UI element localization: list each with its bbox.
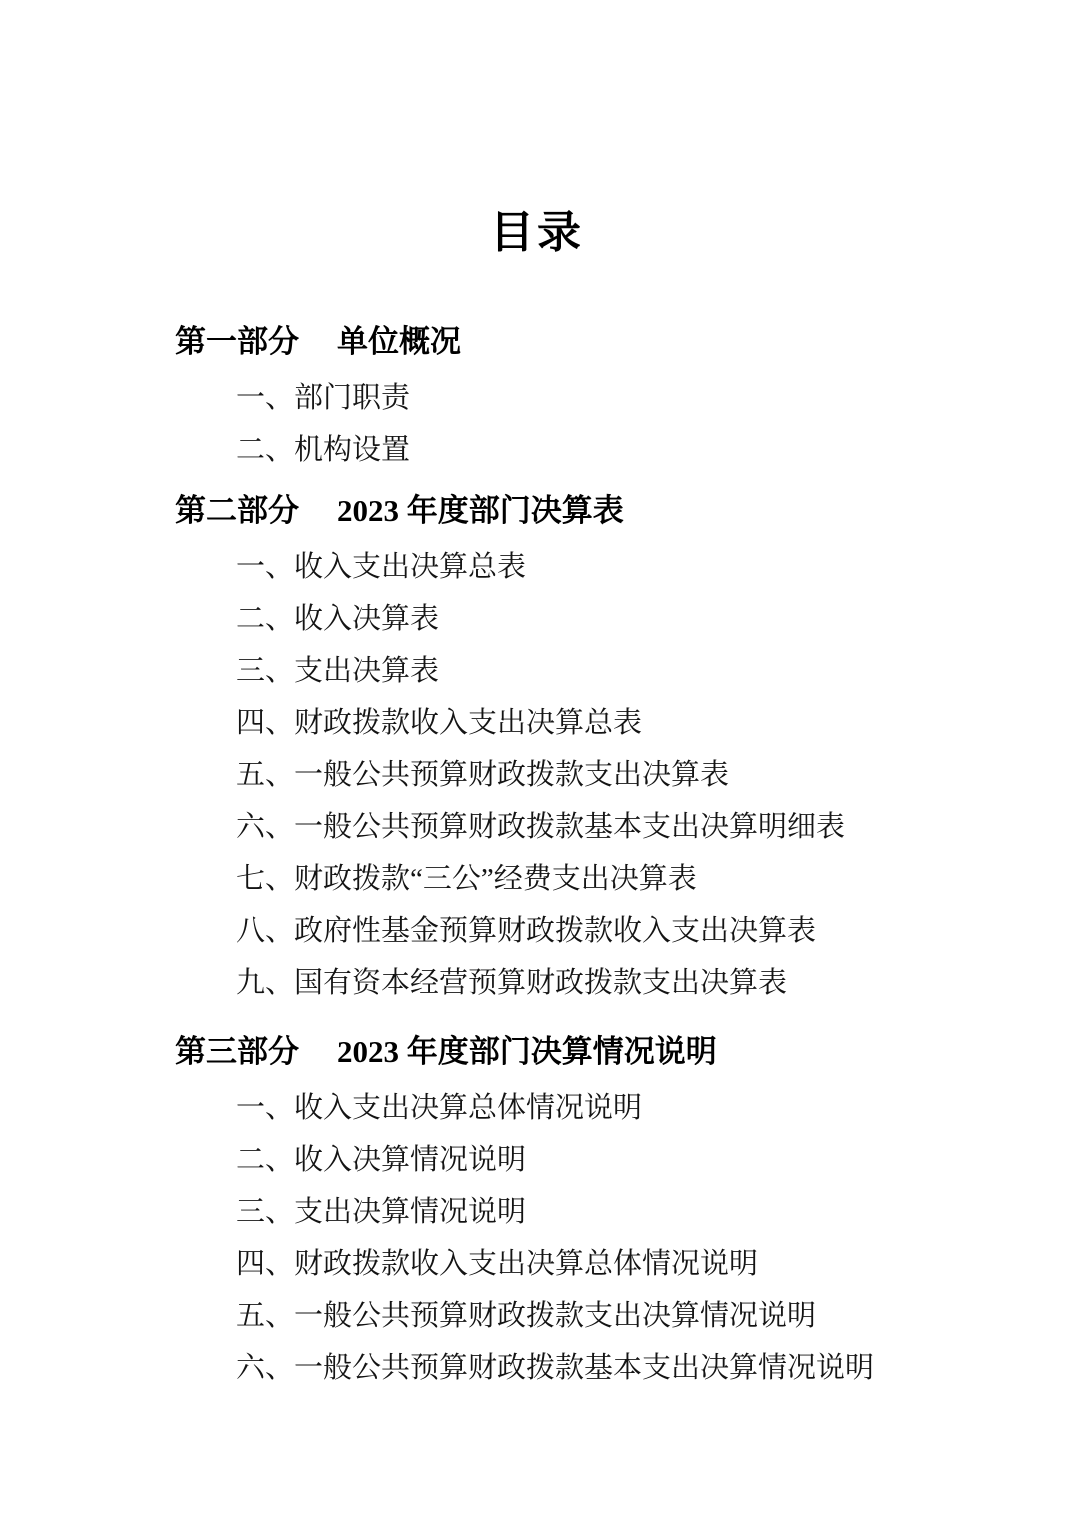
section-3-title: 2023 年度部门决算情况说明: [337, 1034, 717, 1069]
section-3-items: 一、收入支出决算总体情况说明 二、收入决算情况说明 三、支出决算情况说明 四、财…: [0, 1082, 1074, 1394]
toc-section-3: 第三部分2023 年度部门决算情况说明 一、收入支出决算总体情况说明 二、收入决…: [0, 1026, 1074, 1394]
toc-section-1: 第一部分单位概况 一、部门职责 二、机构设置: [0, 316, 1074, 476]
toc-item: 二、收入决算表: [236, 593, 1074, 645]
toc-section-2: 第二部分2023 年度部门决算表 一、收入支出决算总表 二、收入决算表 三、支出…: [0, 485, 1074, 1009]
section-1-header: 第一部分单位概况: [175, 316, 1074, 368]
toc-item: 六、一般公共预算财政拨款基本支出决算情况说明: [236, 1342, 1074, 1394]
toc-item: 四、财政拨款收入支出决算总体情况说明: [236, 1238, 1074, 1290]
toc-item: 一、收入支出决算总体情况说明: [236, 1082, 1074, 1134]
page-title: 目录: [0, 203, 1074, 263]
section-1-items: 一、部门职责 二、机构设置: [0, 372, 1074, 476]
section-2-title: 2023 年度部门决算表: [337, 493, 624, 528]
section-2-header: 第二部分2023 年度部门决算表: [175, 485, 1074, 537]
section-2-label: 第二部分: [175, 493, 299, 528]
toc-item: 一、收入支出决算总表: [236, 541, 1074, 593]
toc-item: 六、一般公共预算财政拨款基本支出决算明细表: [236, 801, 1074, 853]
section-3-header: 第三部分2023 年度部门决算情况说明: [175, 1026, 1074, 1078]
toc-item: 五、一般公共预算财政拨款支出决算表: [236, 749, 1074, 801]
section-1-label: 第一部分: [175, 324, 299, 359]
toc-item: 二、收入决算情况说明: [236, 1134, 1074, 1186]
toc-item: 三、支出决算情况说明: [236, 1186, 1074, 1238]
document-page: { "page": { "title": "目录", "colors": { "…: [0, 0, 1074, 1520]
section-1-title: 单位概况: [337, 324, 461, 359]
section-3-label: 第三部分: [175, 1034, 299, 1069]
section-2-items: 一、收入支出决算总表 二、收入决算表 三、支出决算表 四、财政拨款收入支出决算总…: [0, 541, 1074, 1009]
toc-item: 九、国有资本经营预算财政拨款支出决算表: [236, 957, 1074, 1009]
toc-item: 七、财政拨款“三公”经费支出决算表: [236, 853, 1074, 905]
toc-item: 五、一般公共预算财政拨款支出决算情况说明: [236, 1290, 1074, 1342]
toc-item: 四、财政拨款收入支出决算总表: [236, 697, 1074, 749]
toc-item: 八、政府性基金预算财政拨款收入支出决算表: [236, 905, 1074, 957]
toc-item: 一、部门职责: [236, 372, 1074, 424]
toc-item: 二、机构设置: [236, 424, 1074, 476]
toc-item: 三、支出决算表: [236, 645, 1074, 697]
